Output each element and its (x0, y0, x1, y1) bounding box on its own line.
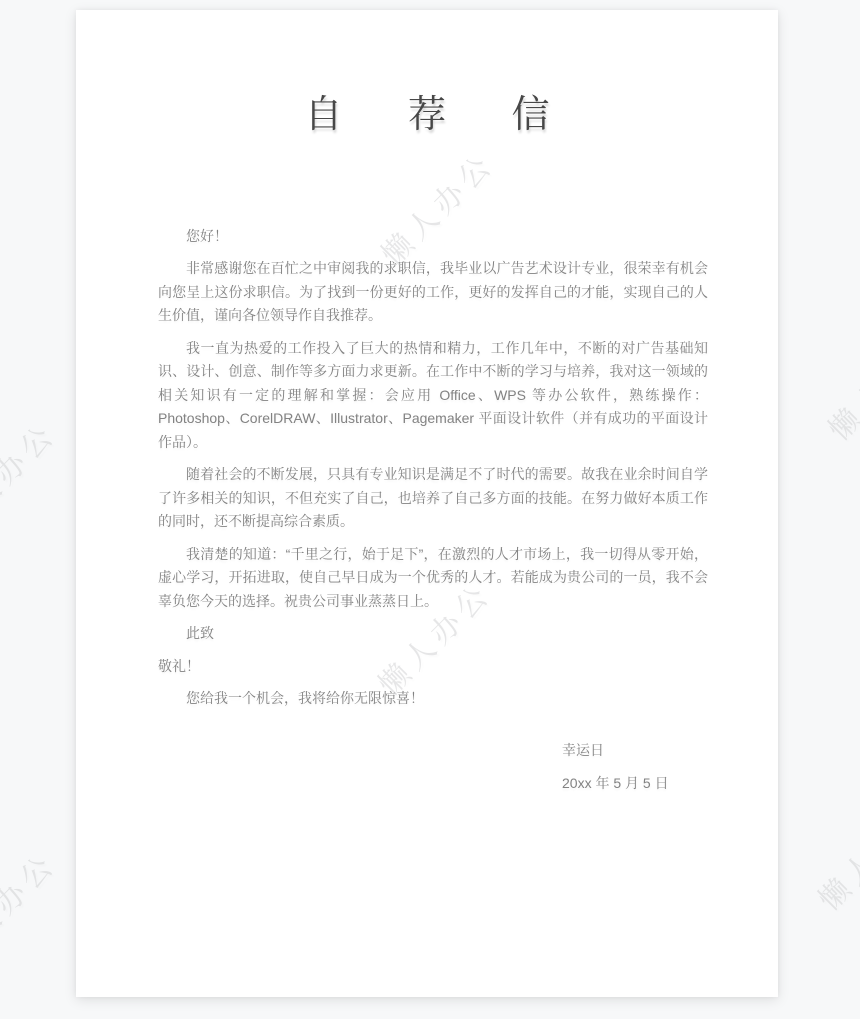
paragraph-intro: 非常感谢您在百忙之中审阅我的求职信，我毕业以广告艺术设计专业，很荣幸有机会向您呈… (158, 257, 708, 328)
letter-page: 自 荐 信 您好！ 非常感谢您在百忙之中审阅我的求职信，我毕业以广告艺术设计专业… (76, 10, 778, 997)
watermark-text: 懒人办公 (817, 316, 860, 449)
closing-promise: 您给我一个机会，我将给你无限惊喜！ (158, 687, 708, 711)
salutation: 您好！ (158, 225, 708, 249)
paragraph-skills: 我一直为热爱的工作投入了巨大的热情和精力，工作几年中，不断的对广告基础知识、设计… (158, 337, 708, 455)
watermark-text: 懒人办公 (0, 841, 64, 974)
closing-respectfully: 此致 (158, 622, 708, 646)
signature-block: 幸运日 20xx 年 5 月 5 日 (562, 739, 708, 796)
signature-name: 幸运日 (562, 739, 708, 763)
letter-body: 您好！ 非常感谢您在百忙之中审阅我的求职信，我毕业以广告艺术设计专业，很荣幸有机… (76, 225, 778, 796)
letter-title: 自 荐 信 (76, 95, 778, 137)
watermark-text: 懒人办公 (807, 786, 860, 919)
watermark-text: 懒人办公 (0, 411, 64, 544)
signature-date: 20xx 年 5 月 5 日 (562, 772, 708, 796)
closing-salute: 敬礼！ (158, 655, 708, 679)
document-viewport: 自 荐 信 您好！ 非常感谢您在百忙之中审阅我的求职信，我毕业以广告艺术设计专业… (0, 0, 860, 1019)
paragraph-aspiration: 我清楚的知道：“千里之行，始于足下”，在激烈的人才市场上，我一切得从零开始，虚心… (158, 543, 708, 614)
paragraph-growth: 随着社会的不断发展，只具有专业知识是满足不了时代的需要。故我在业余时间自学了许多… (158, 463, 708, 534)
